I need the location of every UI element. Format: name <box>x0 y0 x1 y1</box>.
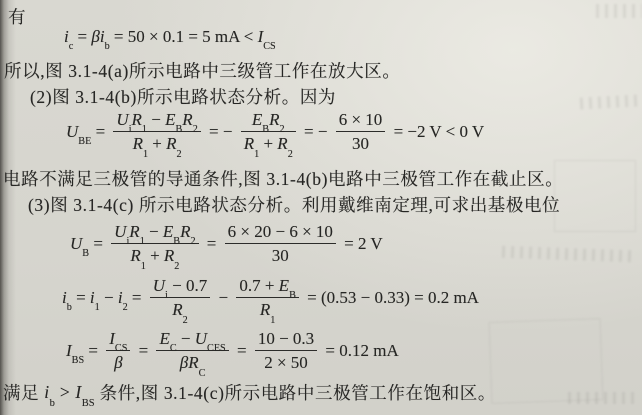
math-token: 2 × 50 <box>264 352 308 373</box>
bleed-through-ghost <box>568 392 638 404</box>
math-token: ib <box>100 27 110 47</box>
math-token: = <box>72 288 90 308</box>
math-token: R2 <box>180 221 195 242</box>
bleed-through-ghost <box>502 246 632 263</box>
math-token: R2 <box>172 299 187 320</box>
math-token: EB <box>279 275 296 296</box>
math-token: 30 <box>272 245 289 266</box>
math-token: = <box>203 234 221 254</box>
math-token: IBS <box>75 382 94 403</box>
math-token: = 2 V <box>340 234 383 254</box>
intro-text: 有 <box>8 4 26 29</box>
math-token: − <box>100 288 118 308</box>
math-token: = <box>134 341 152 361</box>
math-token: = − <box>300 122 332 142</box>
math-token: i1 <box>90 288 100 308</box>
fraction: 0.7 + EBR1 <box>236 275 299 321</box>
math-token: i2 <box>118 288 128 308</box>
math-token: = <box>73 27 91 47</box>
math-token: = (0.53 − 0.33) = 0.2 mA <box>303 288 479 308</box>
math-token: ib <box>62 288 72 308</box>
math-token: R2 <box>269 109 284 130</box>
math-token: 6 × 20 − 6 × 10 <box>228 221 333 242</box>
math-token: = 50 × 0.1 = 5 mA < <box>110 27 258 47</box>
fraction: EC − UCESβRC <box>156 328 228 374</box>
math-token: UB <box>70 234 89 254</box>
fraction: UiR1 − EBR2R1 + R2 <box>111 221 198 267</box>
math-token: = <box>91 122 109 142</box>
math-token: R1 <box>133 133 148 154</box>
equation-ube: UBE = UiR1 − EBR2R1 + R2 = − EBR2R1 + R2… <box>66 109 484 155</box>
equation-ib: ib = i1 − i2 = Ui − 0.7R2 − 0.7 + EBR1 =… <box>62 275 479 321</box>
math-token: = <box>89 234 107 254</box>
math-token: + <box>148 133 166 154</box>
math-token: IBS <box>66 341 84 361</box>
math-token: ib <box>44 382 55 403</box>
math-token: R1 <box>244 133 259 154</box>
math-token: − <box>214 288 232 308</box>
math-token: R1 <box>130 245 145 266</box>
math-token: − 0.7 <box>168 275 207 296</box>
math-token: R2 <box>277 133 292 154</box>
math-token: R2 <box>164 245 179 266</box>
fraction: 6 × 20 − 6 × 1030 <box>225 221 336 267</box>
math-token: = <box>128 288 146 308</box>
math-token: EC <box>159 328 176 349</box>
fraction: ICSβ <box>106 328 130 374</box>
bleed-through-ghost <box>554 160 636 232</box>
math-token: β <box>91 27 99 47</box>
fraction: 6 × 1030 <box>336 109 386 155</box>
equation-ub: UB = UiR1 − EBR2R1 + R2 = 6 × 20 − 6 × 1… <box>70 221 383 267</box>
math-token: 条件,图 3.1-4(c)所示电路中三极管工作在饱和区。 <box>95 380 496 405</box>
math-token: − <box>177 328 195 349</box>
math-token: Ui <box>153 275 168 296</box>
math-token: = <box>84 341 102 361</box>
math-token: UBE <box>66 122 91 142</box>
math-token: ICS <box>109 328 127 349</box>
fraction: Ui − 0.7R2 <box>150 275 210 321</box>
math-token: = <box>233 341 251 361</box>
fraction: 10 − 0.32 × 50 <box>255 328 317 374</box>
scanned-page: 有 ic = βib = 50 × 0.1 = 5 mA < ICS 所以,图 … <box>0 0 642 415</box>
math-token: = −2 V < 0 V <box>389 122 484 142</box>
math-token: + <box>146 245 164 266</box>
bleed-through-ghost <box>580 94 641 109</box>
math-token: 6 × 10 <box>339 109 383 130</box>
math-token: β <box>114 352 122 373</box>
fraction: EBR2R1 + R2 <box>241 109 296 155</box>
math-token: R1 <box>129 221 144 242</box>
math-token: ic <box>64 27 73 47</box>
math-token: = 0.12 mA <box>321 341 399 361</box>
bleed-through-ghost <box>596 4 642 18</box>
math-token: R1 <box>260 299 275 320</box>
math-token: EB <box>165 109 182 130</box>
math-token: 10 − 0.3 <box>258 328 314 349</box>
fraction: UiR1 − EBR2R1 + R2 <box>113 109 200 155</box>
math-token: 满足 <box>3 380 44 405</box>
math-token: EB <box>252 109 269 130</box>
math-token: − <box>147 109 165 130</box>
math-token: EB <box>163 221 180 242</box>
math-token: + <box>259 133 277 154</box>
math-token: Ui <box>116 109 131 130</box>
math-token: β <box>180 352 188 373</box>
paragraph-cutoff-conclusion: 电路不满足三极管的导通条件,图 3.1-4(b)电路中三极管工作在截止区。 <box>3 166 563 191</box>
math-token: R2 <box>182 109 197 130</box>
math-token: R1 <box>132 109 147 130</box>
math-token: − <box>145 221 163 242</box>
bleed-through-ghost <box>489 318 604 404</box>
equation-collector-current: ic = βib = 50 × 0.1 = 5 mA < ICS <box>64 27 276 47</box>
math-token: > <box>55 382 75 403</box>
paragraph-saturation-conclusion: 满足 ib > IBS 条件,图 3.1-4(c)所示电路中三极管工作在饱和区。 <box>3 380 496 405</box>
math-token: ICS <box>258 27 276 47</box>
math-token: 0.7 + <box>239 275 278 296</box>
equation-ibs: IBS = ICSβ = EC − UCESβRC = 10 − 0.32 × … <box>66 328 399 374</box>
math-token: R2 <box>166 133 181 154</box>
math-token: = − <box>205 122 237 142</box>
math-token: Ui <box>114 221 129 242</box>
math-token: UCES <box>195 328 226 349</box>
paragraph-amplify-conclusion: 所以,图 3.1-4(a)所示电路中三级管工作在放大区。 <box>4 58 400 83</box>
math-token: 30 <box>352 133 369 154</box>
math-token: RC <box>188 352 205 373</box>
paragraph-part3-heading: (3)图 3.1-4(c) 所示电路状态分析。利用戴维南定理,可求出基极电位 <box>28 192 560 217</box>
paragraph-part2-heading: (2)图 3.1-4(b)所示电路状态分析。因为 <box>30 84 336 109</box>
